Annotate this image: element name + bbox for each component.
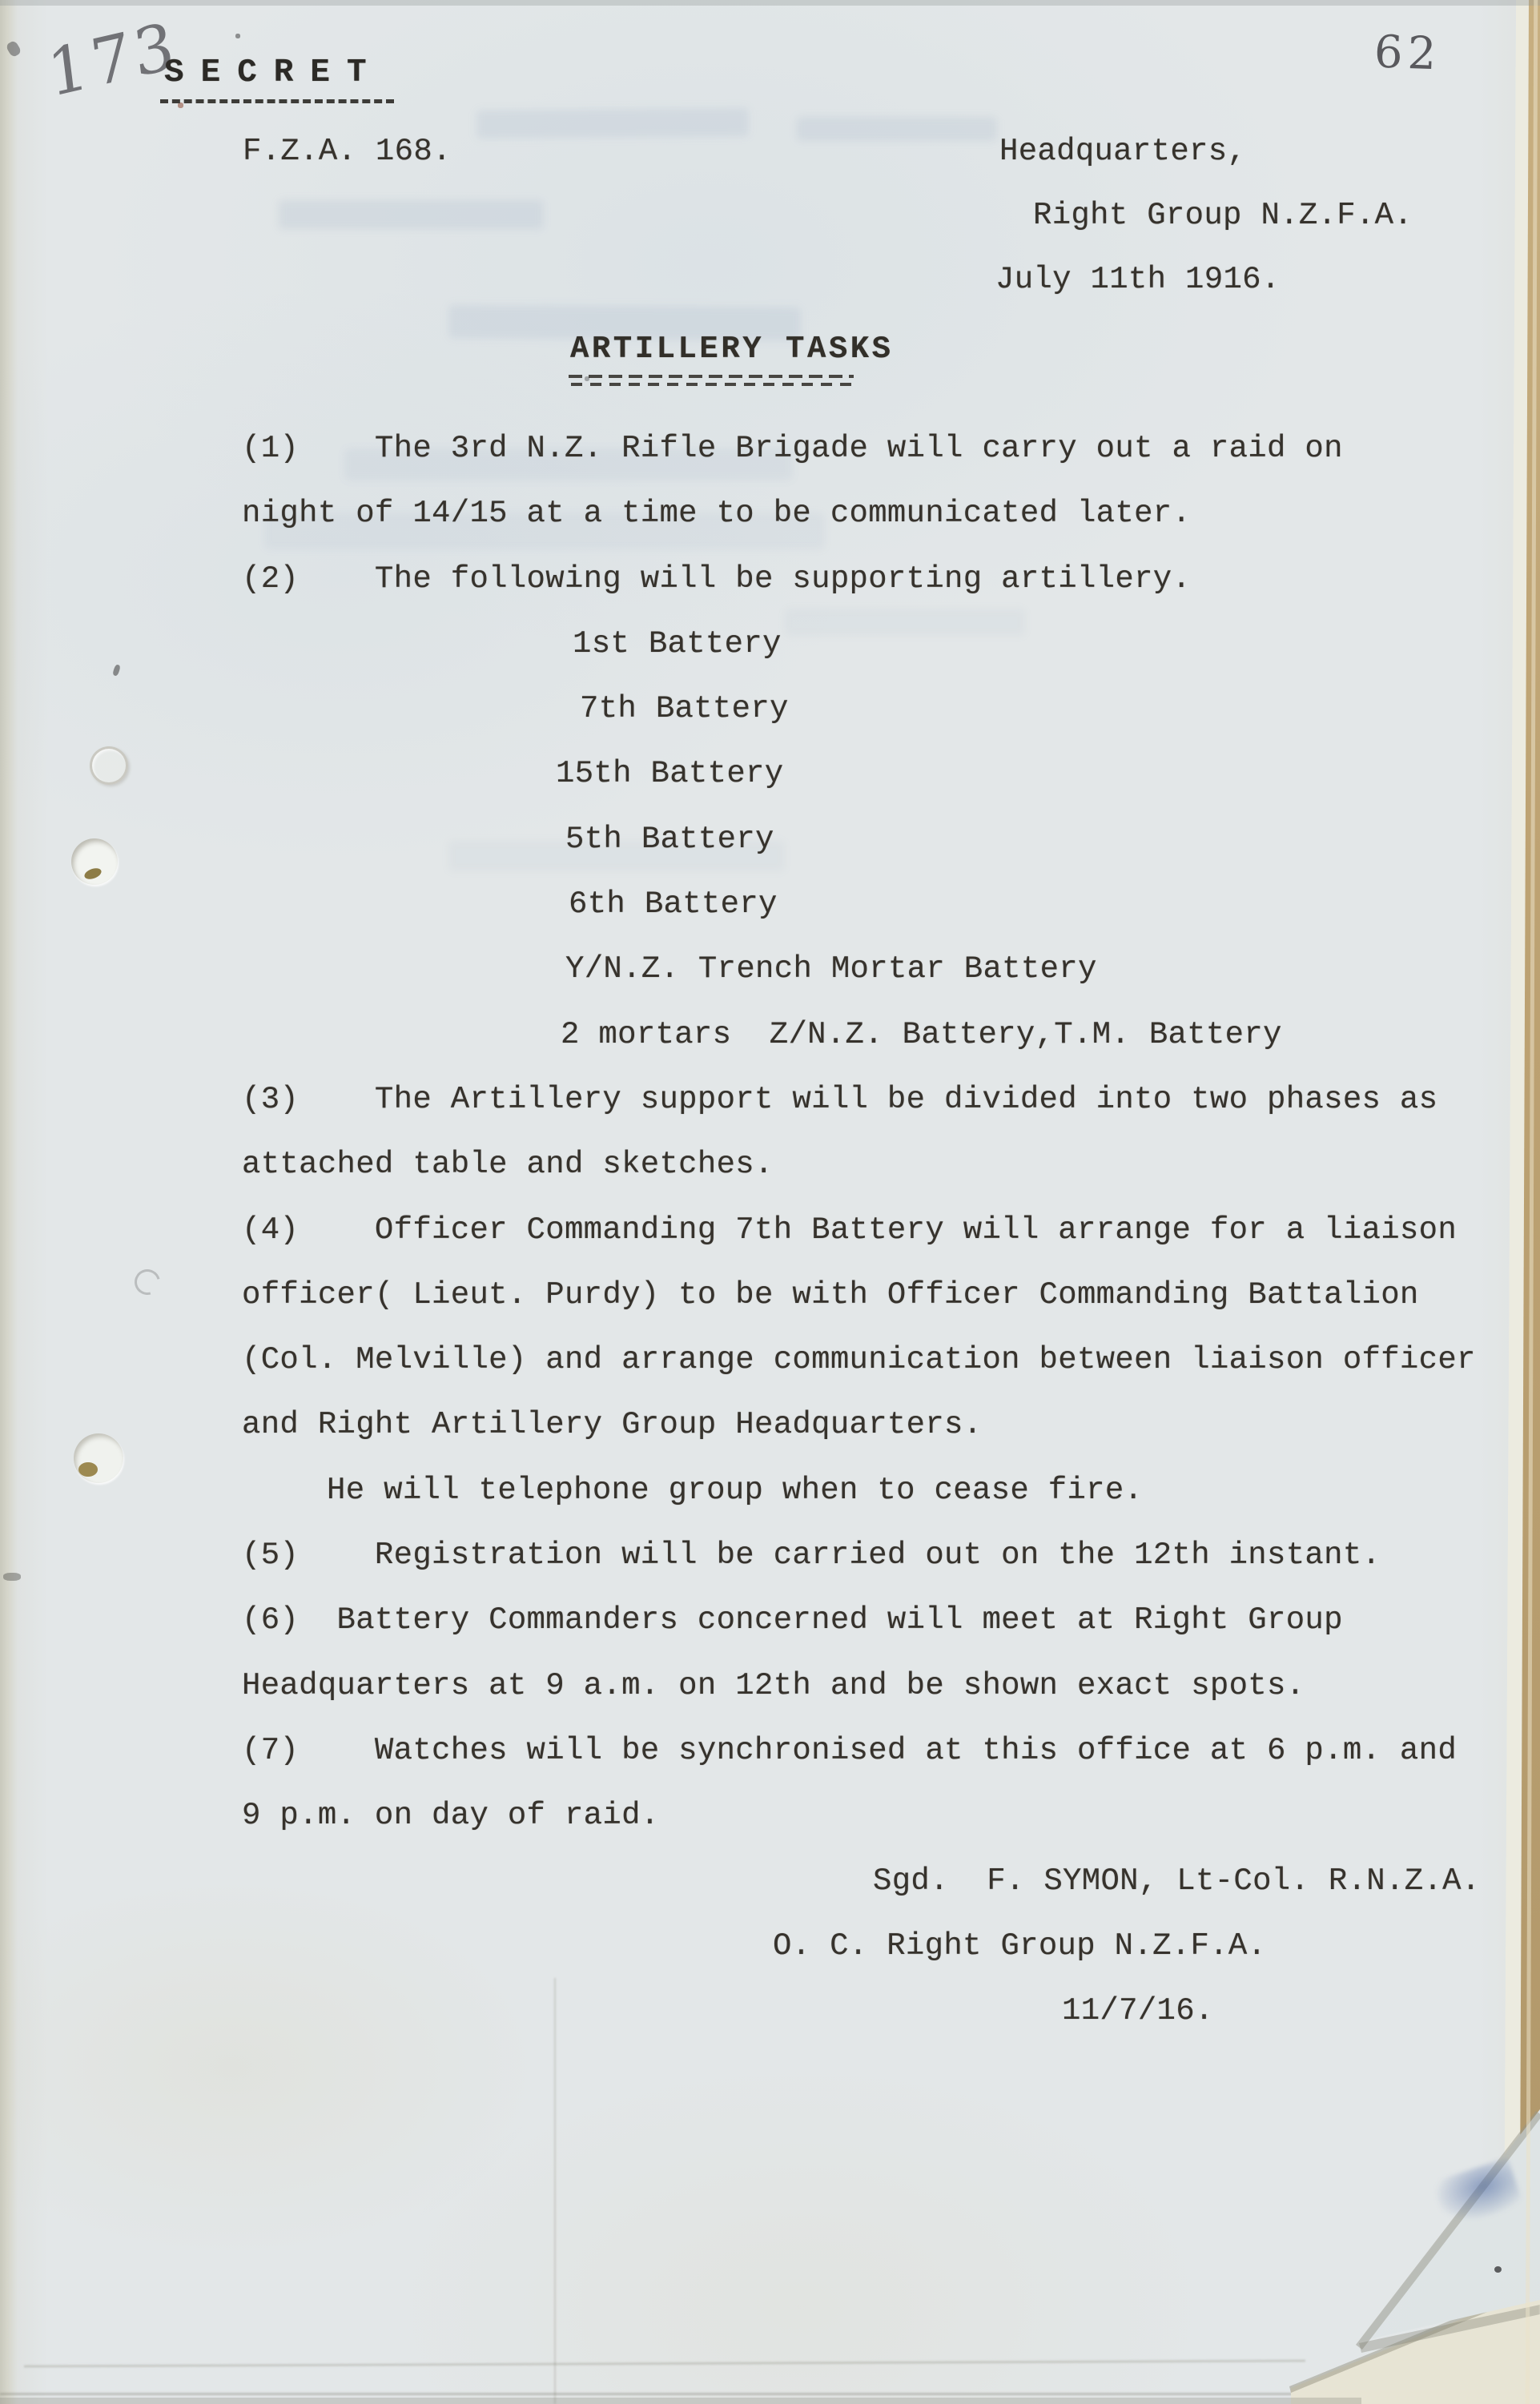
typed-line: (Col. Melville) and arrange communicatio… xyxy=(242,1328,1491,1393)
typed-line: attached table and sketches. xyxy=(242,1132,1491,1197)
punch-hole xyxy=(71,838,118,885)
battery-list-item: 1st Battery xyxy=(242,612,1491,677)
typed-line: (7) Watches will be synchronised at this… xyxy=(242,1719,1491,1783)
battery-list-item: 6th Battery xyxy=(242,872,1491,937)
typed-line: He will telephone group when to cease fi… xyxy=(242,1458,1491,1523)
document-body: (1) The 3rd N.Z. Rifle Brigade will carr… xyxy=(242,416,1491,2044)
classification-underline xyxy=(160,99,394,103)
scanned-document-page: 173 SECRET 62 F.Z.A. 168. Headquarters, … xyxy=(0,0,1540,2404)
typed-line: (3) The Artillery support will be divide… xyxy=(242,1067,1491,1132)
typed-line: (4) Officer Commanding 7th Battery will … xyxy=(242,1198,1491,1263)
letterhead-line: Headquarters, xyxy=(999,134,1246,169)
signature-line: Sgd. F. SYMON, Lt-Col. R.N.Z.A. xyxy=(242,1849,1491,1914)
signature-line: O. C. Right Group N.Z.F.A. xyxy=(242,1914,1491,1979)
typed-line: and Right Artillery Group Headquarters. xyxy=(242,1393,1491,1457)
bleed-through-mark xyxy=(476,108,749,139)
battery-list-item: 15th Battery xyxy=(242,742,1491,806)
typed-line: (2) The following will be supporting art… xyxy=(242,547,1491,612)
typed-line: night of 14/15 at a time to be communica… xyxy=(242,481,1491,546)
battery-list-item: 2 mortars Z/N.Z. Battery,T.M. Battery xyxy=(242,1003,1491,1067)
typed-line: Headquarters at 9 a.m. on 12th and be sh… xyxy=(242,1654,1491,1719)
ink-dot xyxy=(1494,2266,1502,2273)
ink-speck xyxy=(178,103,183,108)
typed-line: (5) Registration will be carried out on … xyxy=(242,1523,1491,1588)
bottom-edge-shadow xyxy=(0,2398,1361,2404)
battery-list-item: Y/N.Z. Trench Mortar Battery xyxy=(242,937,1491,1002)
hole-debris xyxy=(78,1462,98,1477)
page-bottom-edge xyxy=(0,2393,1498,2395)
typed-line: (6) Battery Commanders concerned will me… xyxy=(242,1588,1491,1653)
pencil-speck xyxy=(3,1573,21,1581)
battery-list-item: 5th Battery xyxy=(242,807,1491,872)
classification-label: SECRET xyxy=(164,54,384,91)
reference-number: F.Z.A. 168. xyxy=(243,134,452,169)
ink-speck xyxy=(235,34,240,38)
battery-list-item: 7th Battery xyxy=(242,677,1491,742)
letterhead-line: Right Group N.Z.F.A. xyxy=(1033,198,1413,233)
punch-hole xyxy=(74,1433,123,1483)
top-edge-shadow xyxy=(0,0,1540,6)
typed-line: officer( Lieut. Purdy) to be with Office… xyxy=(242,1263,1491,1328)
bleed-through-mark xyxy=(279,200,543,229)
bleed-through-mark xyxy=(797,117,997,141)
typed-line: 9 p.m. on day of raid. xyxy=(242,1783,1491,1848)
typed-line: (1) The 3rd N.Z. Rifle Brigade will carr… xyxy=(242,416,1491,481)
document-title: ARTILLERY TASKS xyxy=(570,332,894,367)
page-number-stamp: 62 xyxy=(1373,26,1441,81)
document-date: July 11th 1916. xyxy=(995,262,1281,297)
hole-debris xyxy=(83,866,103,882)
punch-hole-impression xyxy=(90,746,128,785)
title-underline xyxy=(569,375,854,388)
signature-date: 11/7/16. xyxy=(242,1979,1491,2044)
